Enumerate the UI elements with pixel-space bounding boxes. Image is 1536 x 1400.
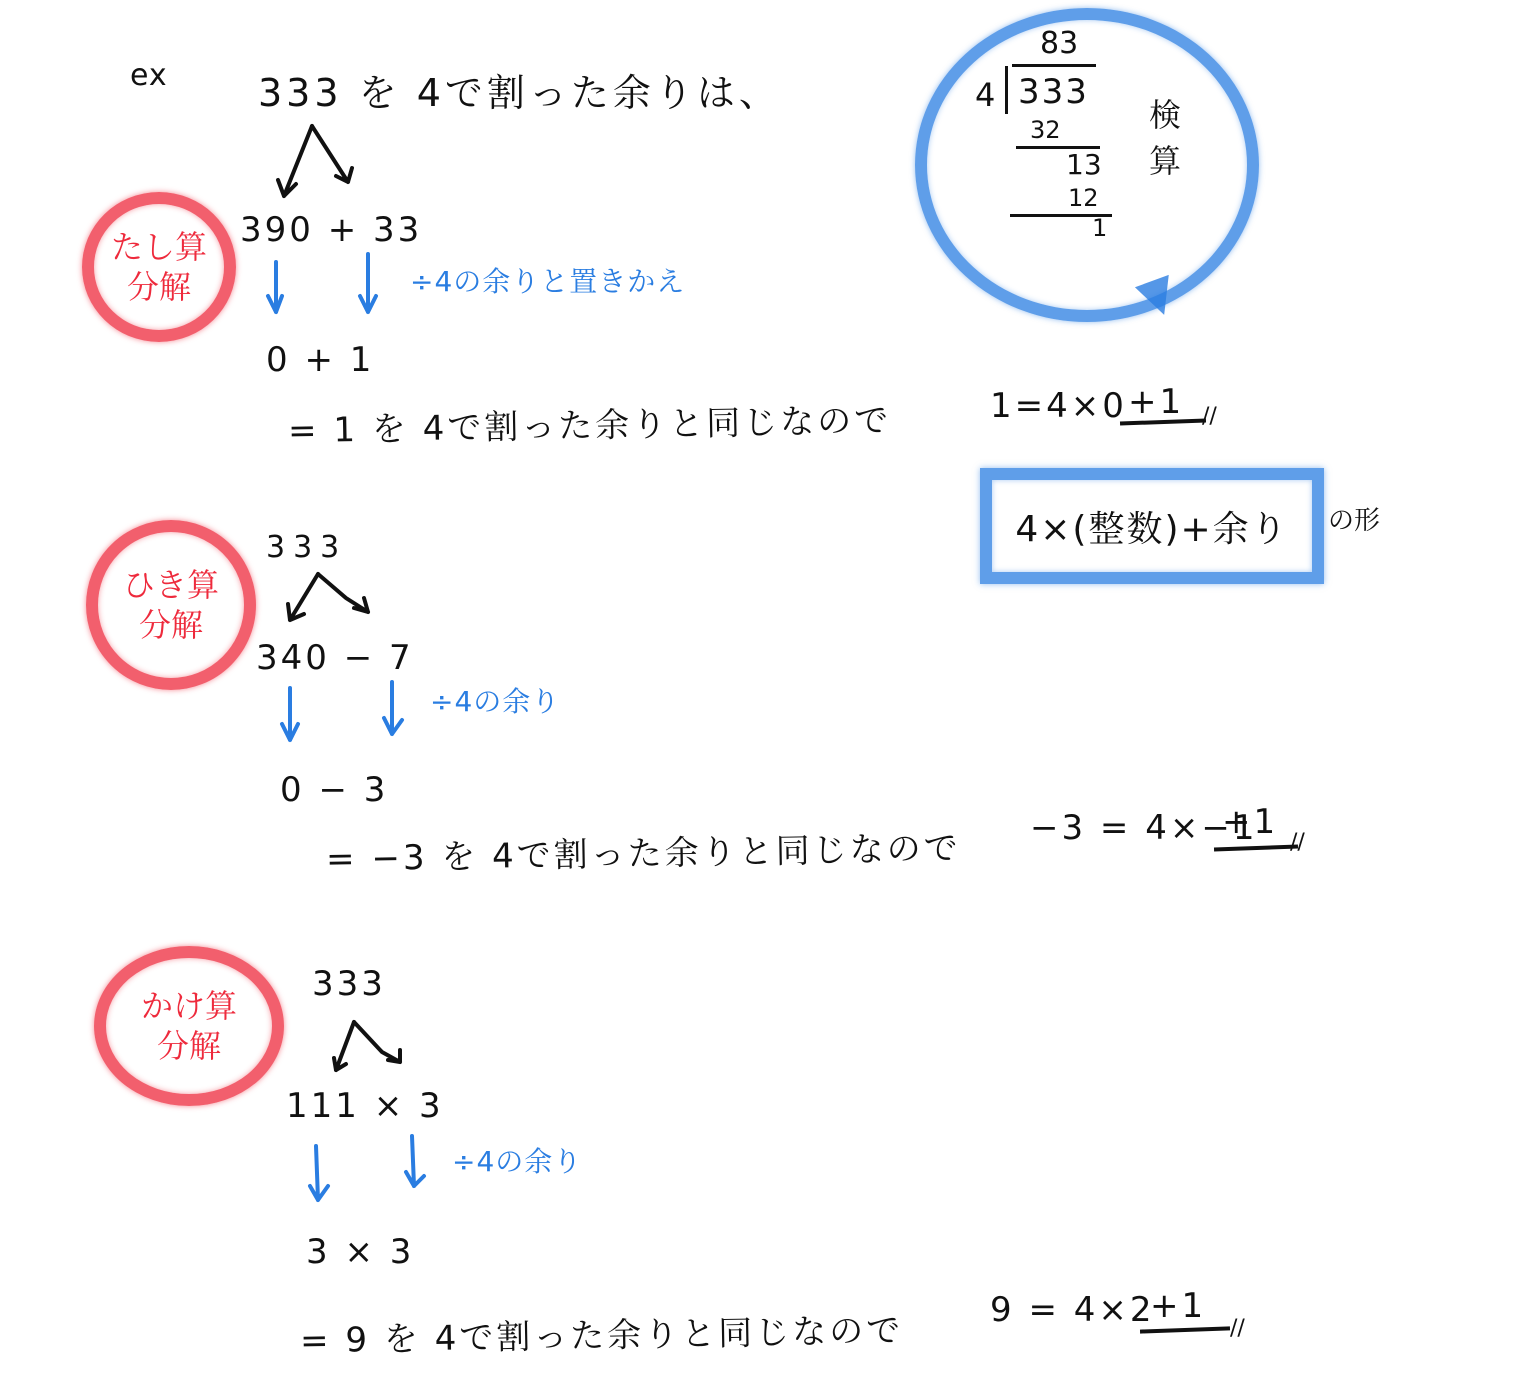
split-expression: 390 + 33 xyxy=(240,210,422,250)
split-arrow-right-icon xyxy=(354,1022,400,1062)
method-badge-multiplication: かけ算 分解 xyxy=(94,946,284,1106)
badge-line-2: 分解 xyxy=(139,605,203,645)
end-mark: // xyxy=(1230,1316,1245,1341)
replace-note: ÷4の余りと置きかえ xyxy=(410,260,685,300)
reduced-expression: 0 + 1 xyxy=(266,340,374,380)
split-expression: 340 − 7 xyxy=(256,638,414,678)
split-arrow-left-icon xyxy=(278,126,312,196)
badge-line-1: ひき算 xyxy=(123,565,219,605)
down-arrow-icon xyxy=(310,1146,328,1200)
end-mark: // xyxy=(1202,404,1217,429)
down-arrow-icon xyxy=(268,262,282,312)
down-arrow-icon xyxy=(282,688,298,740)
method-badge-subtraction: ひき算 分解 xyxy=(86,520,256,690)
original-number: 333 xyxy=(312,964,386,1004)
down-arrow-icon xyxy=(406,1136,424,1186)
equation: 9 = 4×2 xyxy=(990,1290,1155,1330)
method-badge-addition: たし算 分解 xyxy=(82,192,236,342)
badge-line-2: 分解 xyxy=(157,1026,221,1066)
original-number: 333 xyxy=(266,530,347,565)
end-mark: // xyxy=(1290,830,1305,855)
split-arrow-left-icon xyxy=(288,574,318,620)
down-arrow-icon xyxy=(384,682,402,734)
badge-line-2: 分解 xyxy=(127,267,191,307)
equation-remainder: +1 xyxy=(1128,382,1184,422)
split-expression: 111 × 3 xyxy=(286,1086,444,1126)
equation: 1=4×0 xyxy=(990,386,1127,426)
split-arrow-right-icon xyxy=(318,574,368,612)
replace-note: ÷4の余り xyxy=(430,680,560,720)
replace-note: ÷4の余り xyxy=(452,1140,582,1180)
equation-remainder: +1 xyxy=(1150,1286,1206,1326)
badge-line-1: かけ算 xyxy=(141,986,237,1026)
badge-line-1: たし算 xyxy=(111,227,207,267)
arrows-layer xyxy=(0,0,1536,1400)
reduced-expression: 3 × 3 xyxy=(306,1232,414,1272)
split-arrow-left-icon xyxy=(334,1022,354,1070)
equation-remainder: +1 xyxy=(1222,802,1278,842)
down-arrow-icon xyxy=(360,254,376,312)
reduced-expression: 0 − 3 xyxy=(280,770,388,810)
split-arrow-right-icon xyxy=(312,126,352,182)
